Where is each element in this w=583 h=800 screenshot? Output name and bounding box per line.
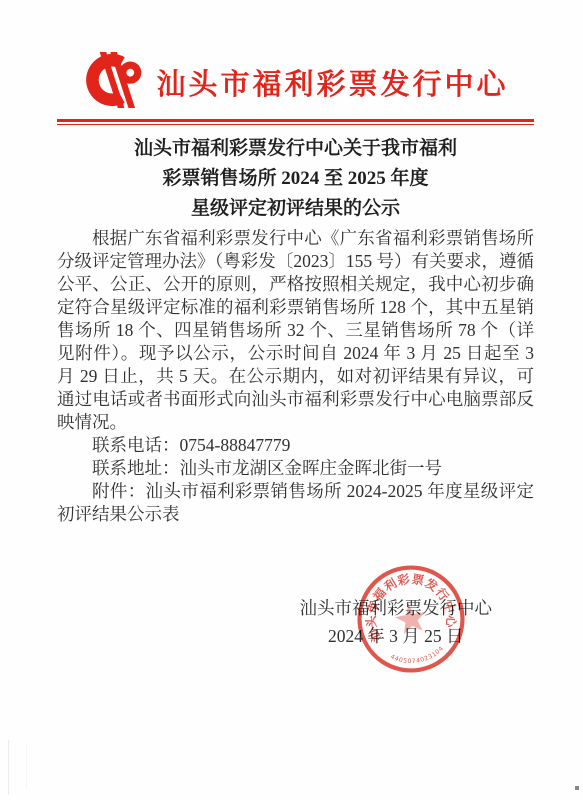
contact-address-line: 联系地址：汕头市龙湖区金晖庄金晖北街一号 (57, 457, 534, 480)
signature-org: 汕头市福利彩票发行中心 (300, 594, 493, 622)
signature-block: 汕头市福利彩票发行中心 2024 年 3 月 25 日 (300, 594, 493, 650)
title-line-2: 彩票销售场所 2024 至 2025 年度 (57, 164, 534, 194)
signature-date: 2024 年 3 月 25 日 (300, 622, 493, 650)
body-paragraph: 根据广东省福利彩票发行中心《广东省福利彩票销售场所分级评定管理办法》（粤彩发〔2… (57, 227, 534, 434)
title-line-1: 汕头市福利彩票发行中心关于我市福利 (57, 134, 534, 164)
contact-phone-line: 联系电话：0754-88847779 (57, 434, 534, 457)
scanned-announcement-page: 汕头市福利彩票发行中心 汕头市福利彩票发行中心关于我市福利 彩票销售场所 202… (0, 0, 583, 800)
scan-artifact-dot (575, 786, 579, 790)
scan-artifact-line (8, 740, 9, 795)
scan-artifact-line (26, 745, 27, 790)
letterhead-org-name: 汕头市福利彩票发行中心 (156, 62, 508, 103)
rule-thick-line (57, 119, 534, 122)
rule-thin-line (57, 124, 534, 125)
letterhead-rule (57, 119, 534, 125)
letterhead: 汕头市福利彩票发行中心 (57, 50, 534, 114)
welfare-lottery-logo-icon (82, 52, 144, 113)
document-title: 汕头市福利彩票发行中心关于我市福利 彩票销售场所 2024 至 2025 年度 … (57, 134, 534, 224)
attachment-line: 附件：汕头市福利彩票销售场所 2024-2025 年度星级评定初评结果公示表 (57, 480, 534, 526)
document-body: 根据广东省福利彩票发行中心《广东省福利彩票销售场所分级评定管理办法》（粤彩发〔2… (57, 227, 534, 526)
title-line-3: 星级评定初评结果的公示 (57, 194, 534, 224)
